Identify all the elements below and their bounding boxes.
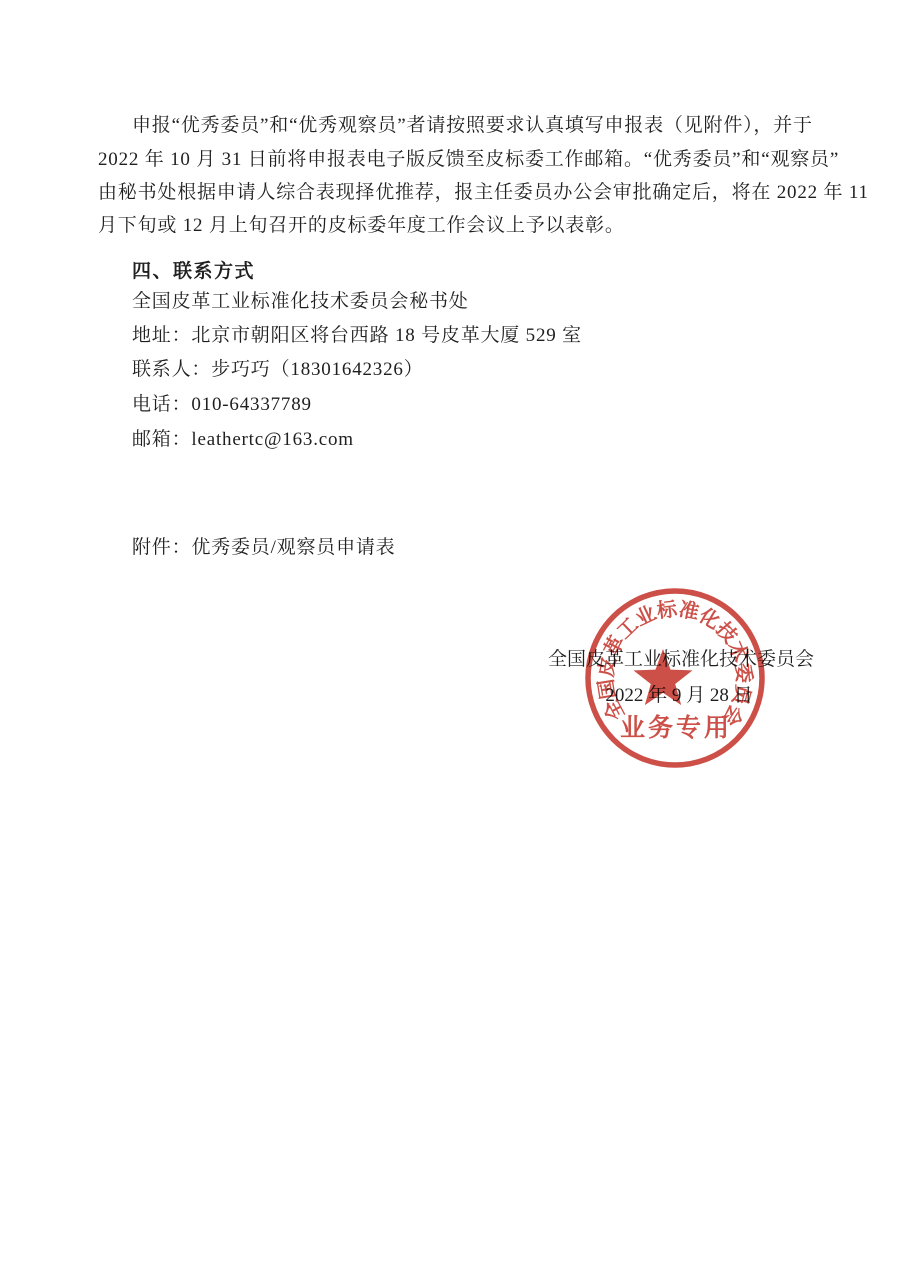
star-icon: [634, 649, 693, 705]
paragraph-line-4: 月下旬或 12 月上旬召开的皮标委年度工作会议上予以表彰。: [98, 215, 625, 237]
contact-org-line: 全国皮革工业标准化技术委员会秘书处: [132, 291, 469, 313]
seal-bottom-text: 业务专用: [620, 713, 732, 742]
paragraph-line-1: 申报“优秀委员”和“优秀观察员”者请按照要求认真填写申报表（见附件），并于: [132, 115, 813, 137]
contact-phone-line: 电话：010-64337789: [132, 394, 312, 416]
contact-email-line: 邮箱：leathertc@163.com: [132, 429, 354, 451]
attachment-line: 附件：优秀委员/观察员申请表: [132, 537, 395, 559]
seal-ring-text: 全国皮革工业标准化技术委员会: [593, 596, 755, 730]
document-page: 申报“优秀委员”和“优秀观察员”者请按照要求认真填写申报表（见附件），并于 20…: [0, 0, 900, 1272]
official-seal-stamp: 全国皮革工业标准化技术委员会 业务专用: [563, 566, 787, 790]
contact-address-line: 地址：北京市朝阳区将台西路 18 号皮革大厦 529 室: [132, 325, 582, 347]
paragraph-line-3: 由秘书处根据申请人综合表现择优推荐，报主任委员办公会审批确定后，将在 2022 …: [98, 182, 869, 204]
contact-section-heading: 四、联系方式: [132, 256, 255, 283]
contact-person-line: 联系人：步巧巧（18301642326）: [132, 359, 424, 381]
paragraph-line-2: 2022 年 10 月 31 日前将申报表电子版反馈至皮标委工作邮箱。“优秀委员…: [98, 149, 839, 171]
